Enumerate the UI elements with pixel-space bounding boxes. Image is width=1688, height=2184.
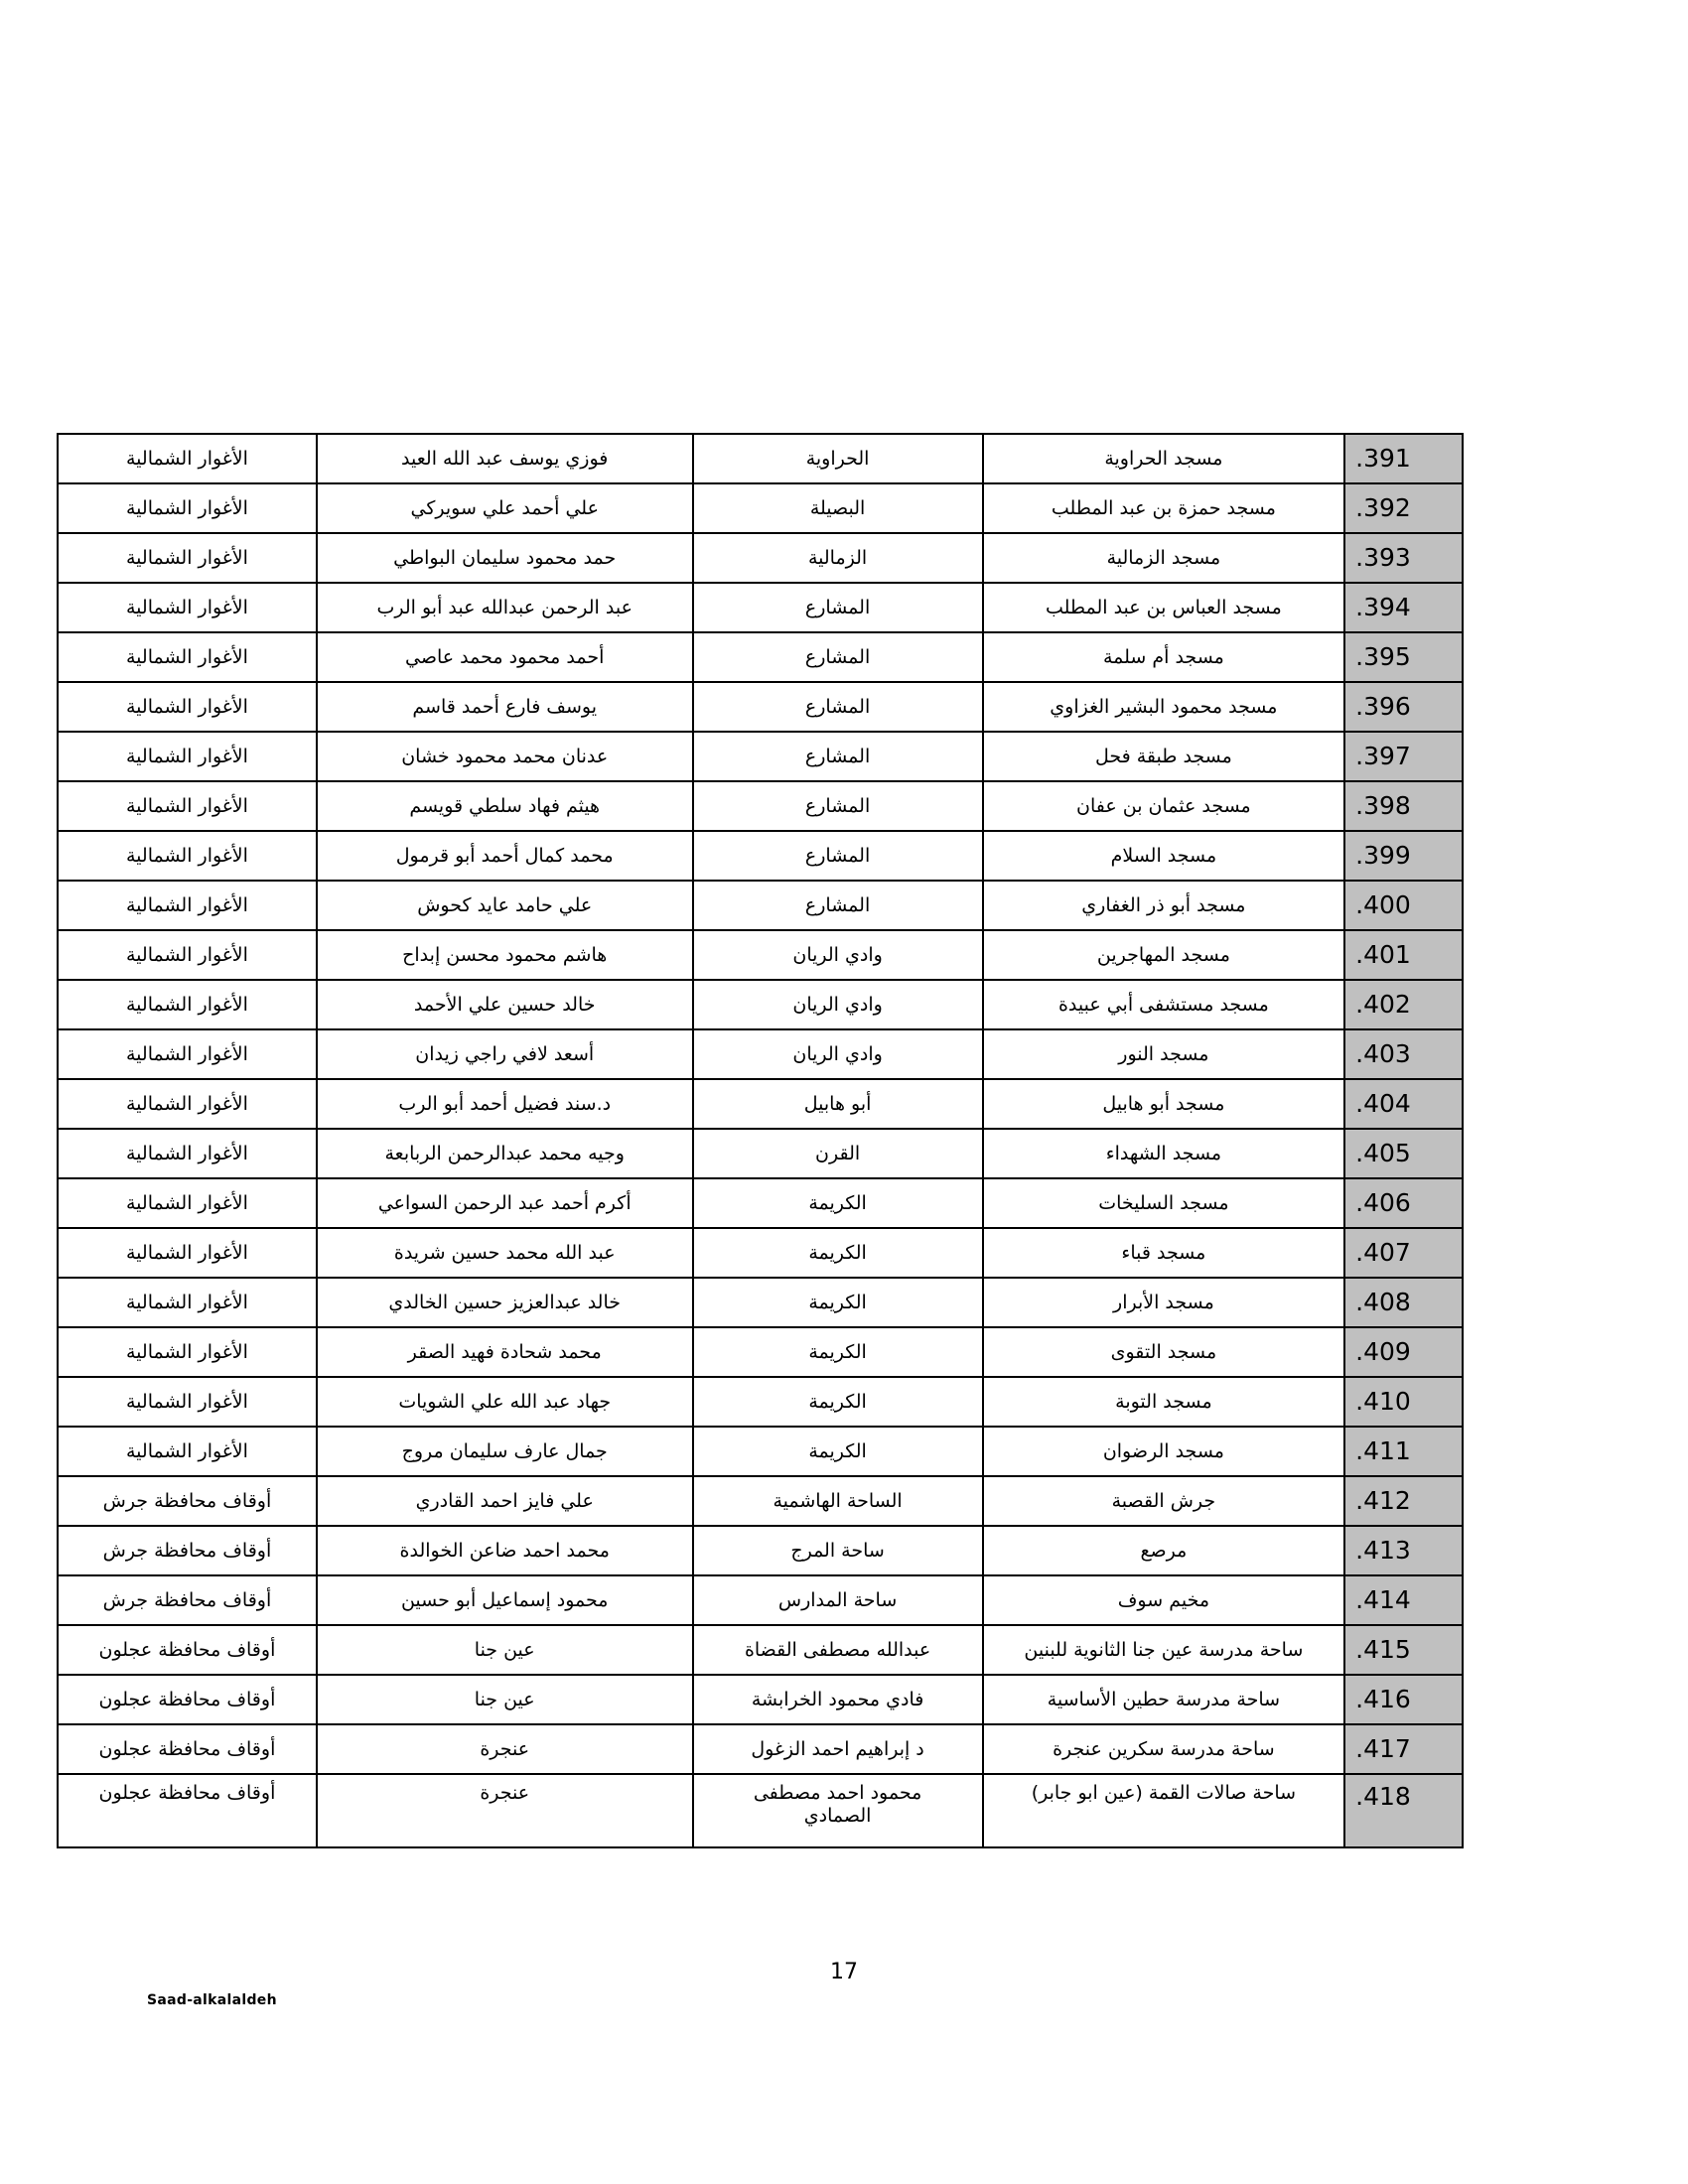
area-cell-text: الحراوية — [806, 448, 870, 470]
imam-name-cell: أحمد محمود محمد عاصي — [317, 632, 693, 682]
region-cell: الأغوار الشمالية — [58, 583, 317, 632]
imam-name-cell-text: عبد الرحمن عبدالله عبد أبو الرب — [376, 597, 632, 618]
imam-name-cell-text: عين جنا — [475, 1639, 535, 1661]
mosque-name-cell-text: مسجد الرضوان — [1103, 1440, 1224, 1462]
imam-name-cell: هيثم فهاد سلطي قويسم — [317, 781, 693, 831]
imam-name-cell-text: جمال عارف سليمان مروج — [402, 1440, 608, 1462]
area-cell: الكريمة — [693, 1327, 983, 1377]
row-number-cell-text: .391 — [1355, 444, 1411, 473]
mosque-name-cell-text: مسجد التوبة — [1115, 1391, 1212, 1413]
imam-name-cell-text: محمد كمال أحمد أبو قرمول — [396, 845, 614, 867]
region-cell-text: أوقاف محافظة عجلون — [99, 1639, 276, 1661]
region-cell: الأغوار الشمالية — [58, 1178, 317, 1228]
area-cell-text: المشارع — [805, 646, 870, 668]
table-row: .416ساحة مدرسة حطين الأساسيةفادي محمود ا… — [58, 1675, 1463, 1724]
row-number-cell-text: .407 — [1355, 1238, 1411, 1267]
area-cell-text: فادي محمود الخرابشة — [752, 1689, 924, 1710]
imam-name-cell-text: علي فايز احمد القادري — [416, 1490, 594, 1512]
mosque-name-cell-text: مسجد محمود البشير الغزاوي — [1050, 696, 1277, 718]
area-cell-text: القرن — [815, 1143, 860, 1164]
region-cell: أوقاف محافظة عجلون — [58, 1625, 317, 1675]
table-row: .407مسجد قباءالكريمةعبد الله محمد حسين ش… — [58, 1228, 1463, 1278]
table-row: .401مسجد المهاجرينوادي الريانهاشم محمود … — [58, 930, 1463, 980]
mosque-name-cell: مخيم سوف — [983, 1575, 1345, 1625]
row-number-cell-text: .404 — [1355, 1089, 1411, 1118]
row-number-cell-text: .416 — [1355, 1685, 1411, 1713]
area-cell-text: ساحة المرج — [790, 1540, 884, 1562]
imam-name-cell: أسعد لافي راجي زيدان — [317, 1029, 693, 1079]
row-number-cell: .408 — [1344, 1278, 1463, 1327]
table-row: .418ساحة صالات القمة (عين ابو جابر)محمود… — [58, 1774, 1463, 1847]
imam-name-cell-text: وجيه محمد عبدالرحمن الربابعة — [385, 1143, 625, 1164]
area-cell: ساحة المرج — [693, 1526, 983, 1575]
mosque-name-cell: مسجد مستشفى أبي عبيدة — [983, 980, 1345, 1029]
imam-name-cell-text: هاشم محمود محسن إبداح — [402, 944, 607, 966]
mosque-name-cell: مسجد عثمان بن عفان — [983, 781, 1345, 831]
mosque-name-cell-text: مسجد طبقة فحل — [1095, 746, 1232, 767]
row-number-cell: .392 — [1344, 483, 1463, 533]
mosque-name-cell: مسجد الرضوان — [983, 1427, 1345, 1476]
mosques-table: .391مسجد الحراويةالحراويةفوزي يوسف عبد ا… — [57, 433, 1464, 1848]
row-number-cell-text: .403 — [1355, 1039, 1411, 1068]
mosque-name-cell: مسجد العباس بن عبد المطلب — [983, 583, 1345, 632]
imam-name-cell-text: جهاد عبد الله علي الشويات — [398, 1391, 611, 1413]
row-number-cell-text: .405 — [1355, 1139, 1411, 1167]
area-cell: الحراوية — [693, 434, 983, 483]
mosque-name-cell: مسجد الأبرار — [983, 1278, 1345, 1327]
imam-name-cell: أكرم أحمد عبد الرحمن السواعي — [317, 1178, 693, 1228]
table-row: .392مسجد حمزة بن عبد المطلبالبصيلةعلي أح… — [58, 483, 1463, 533]
imam-name-cell: عنجرة — [317, 1774, 693, 1847]
table-row: .414مخيم سوفساحة المدارسمحمود إسماعيل أب… — [58, 1575, 1463, 1625]
row-number-cell-text: .402 — [1355, 990, 1411, 1019]
region-cell: الأغوار الشمالية — [58, 632, 317, 682]
region-cell: أوقاف محافظة عجلون — [58, 1675, 317, 1724]
mosque-name-cell-text: مسجد السلام — [1111, 845, 1217, 867]
mosque-name-cell-text: مخيم سوف — [1118, 1589, 1209, 1611]
mosque-name-cell: مسجد الشهداء — [983, 1129, 1345, 1178]
mosque-name-cell-text: مسجد حمزة بن عبد المطلب — [1052, 497, 1276, 519]
region-cell-text: أوقاف محافظة عجلون — [99, 1689, 276, 1710]
imam-name-cell-text: حمد محمود سليمان البواطي — [393, 547, 616, 569]
area-cell-text: الكريمة — [808, 1391, 867, 1413]
imam-name-cell: علي فايز احمد القادري — [317, 1476, 693, 1526]
area-cell: المشارع — [693, 831, 983, 881]
mosque-name-cell-text: مسجد التقوى — [1111, 1341, 1217, 1363]
mosque-name-cell-text: مسجد قباء — [1121, 1242, 1205, 1264]
region-cell-text: الأغوار الشمالية — [126, 1391, 248, 1413]
region-cell-text: الأغوار الشمالية — [126, 994, 248, 1016]
area-cell: وادي الريان — [693, 930, 983, 980]
area-cell-text: محمود احمد مصطفى الصمادي — [736, 1782, 939, 1828]
row-number-cell-text: .409 — [1355, 1337, 1411, 1366]
mosque-name-cell: مرصع — [983, 1526, 1345, 1575]
region-cell: الأغوار الشمالية — [58, 1327, 317, 1377]
row-number-cell-text: .396 — [1355, 692, 1411, 721]
footer-signature: Saad-alkalaldeh — [147, 1992, 277, 2008]
table-row: .399مسجد السلامالمشارعمحمد كمال أحمد أبو… — [58, 831, 1463, 881]
area-cell-text: المشارع — [805, 597, 870, 618]
imam-name-cell-text: عدنان محمد محمود خشان — [401, 746, 608, 767]
imam-name-cell-text: عبد الله محمد حسين شريدة — [394, 1242, 616, 1264]
region-cell-text: الأغوار الشمالية — [126, 795, 248, 817]
imam-name-cell-text: فوزي يوسف عبد الله العيد — [401, 448, 608, 470]
row-number-cell: .393 — [1344, 533, 1463, 583]
mosque-name-cell: مسجد طبقة فحل — [983, 732, 1345, 781]
row-number-cell: .400 — [1344, 881, 1463, 930]
row-number-cell-text: .392 — [1355, 493, 1411, 522]
mosque-name-cell: مسجد الزمالية — [983, 533, 1345, 583]
area-cell-text: الكريمة — [808, 1341, 867, 1363]
row-number-cell: .396 — [1344, 682, 1463, 732]
table-row: .402مسجد مستشفى أبي عبيدةوادي الريانخالد… — [58, 980, 1463, 1029]
area-cell-text: المشارع — [805, 845, 870, 867]
area-cell-text: وادي الريان — [792, 944, 882, 966]
mosque-name-cell: جرش القصبة — [983, 1476, 1345, 1526]
imam-name-cell: خالد حسين علي الأحمد — [317, 980, 693, 1029]
row-number-cell-text: .393 — [1355, 543, 1411, 572]
table-row: .410مسجد التوبةالكريمةجهاد عبد الله علي … — [58, 1377, 1463, 1427]
imam-name-cell-text: خالد حسين علي الأحمد — [414, 994, 596, 1016]
area-cell-text: عبدالله مصطفى القضاة — [745, 1639, 930, 1661]
row-number-cell: .401 — [1344, 930, 1463, 980]
imam-name-cell-text: عنجرة — [480, 1738, 529, 1760]
mosque-name-cell-text: مسجد الحراوية — [1104, 448, 1222, 470]
mosque-name-cell: ساحة صالات القمة (عين ابو جابر) — [983, 1774, 1345, 1847]
row-number-cell: .394 — [1344, 583, 1463, 632]
imam-name-cell: فوزي يوسف عبد الله العيد — [317, 434, 693, 483]
mosque-name-cell-text: مسجد المهاجرين — [1097, 944, 1230, 966]
region-cell: الأغوار الشمالية — [58, 881, 317, 930]
area-cell: البصيلة — [693, 483, 983, 533]
table-row: .408مسجد الأبرارالكريمةخالد عبدالعزيز حس… — [58, 1278, 1463, 1327]
table-row: .406مسجد السليخاتالكريمةأكرم أحمد عبد ال… — [58, 1178, 1463, 1228]
region-cell-text: الأغوار الشمالية — [126, 646, 248, 668]
mosque-name-cell-text: مسجد السليخات — [1098, 1192, 1228, 1214]
region-cell: الأغوار الشمالية — [58, 831, 317, 881]
mosque-name-cell: ساحة مدرسة عين جنا الثانوية للبنين — [983, 1625, 1345, 1675]
row-number-cell-text: .410 — [1355, 1387, 1411, 1416]
imam-name-cell-text: محمد احمد ضاعن الخوالدة — [400, 1540, 610, 1562]
area-cell: عبدالله مصطفى القضاة — [693, 1625, 983, 1675]
area-cell-text: وادي الريان — [792, 1043, 882, 1065]
row-number-cell-text: .399 — [1355, 841, 1411, 870]
region-cell-text: الأغوار الشمالية — [126, 597, 248, 618]
imam-name-cell: عين جنا — [317, 1675, 693, 1724]
table-row: .395مسجد أم سلمةالمشارعأحمد محمود محمد ع… — [58, 632, 1463, 682]
region-cell-text: الأغوار الشمالية — [126, 448, 248, 470]
mosque-name-cell: مسجد الحراوية — [983, 434, 1345, 483]
row-number-cell: .416 — [1344, 1675, 1463, 1724]
area-cell-text: البصيلة — [810, 497, 866, 519]
row-number-cell: .391 — [1344, 434, 1463, 483]
area-cell-text: د إبراهيم احمد الزغول — [751, 1738, 923, 1760]
area-cell: وادي الريان — [693, 1029, 983, 1079]
region-cell: الأغوار الشمالية — [58, 1427, 317, 1476]
imam-name-cell: عنجرة — [317, 1724, 693, 1774]
area-cell: الكريمة — [693, 1427, 983, 1476]
area-cell: محمود احمد مصطفى الصمادي — [693, 1774, 983, 1847]
region-cell-text: الأغوار الشمالية — [126, 845, 248, 867]
mosque-name-cell: مسجد المهاجرين — [983, 930, 1345, 980]
imam-name-cell-text: خالد عبدالعزيز حسين الخالدي — [388, 1292, 621, 1313]
area-cell: أبو هابيل — [693, 1079, 983, 1129]
mosque-name-cell: مسجد أبو ذر الغفاري — [983, 881, 1345, 930]
row-number-cell: .399 — [1344, 831, 1463, 881]
area-cell: الساحة الهاشمية — [693, 1476, 983, 1526]
table-row: .417ساحة مدرسة سكرين عنجرةد إبراهيم احمد… — [58, 1724, 1463, 1774]
mosque-name-cell: مسجد النور — [983, 1029, 1345, 1079]
mosque-name-cell: مسجد محمود البشير الغزاوي — [983, 682, 1345, 732]
region-cell: أوقاف محافظة جرش — [58, 1476, 317, 1526]
region-cell-text: أوقاف محافظة جرش — [103, 1589, 272, 1611]
row-number-cell-text: .415 — [1355, 1635, 1411, 1664]
region-cell-text: الأغوار الشمالية — [126, 1440, 248, 1462]
row-number-cell: .398 — [1344, 781, 1463, 831]
region-cell: الأغوار الشمالية — [58, 980, 317, 1029]
area-cell-text: المشارع — [805, 894, 870, 916]
table-row: .398مسجد عثمان بن عفانالمشارعهيثم فهاد س… — [58, 781, 1463, 831]
region-cell-text: الأغوار الشمالية — [126, 944, 248, 966]
table-row: .391مسجد الحراويةالحراويةفوزي يوسف عبد ا… — [58, 434, 1463, 483]
mosque-name-cell-text: ساحة مدرسة سكرين عنجرة — [1053, 1738, 1275, 1760]
imam-name-cell-text: محمد شحادة فهيد الصقر — [408, 1341, 602, 1363]
area-cell: المشارع — [693, 632, 983, 682]
region-cell: الأغوار الشمالية — [58, 1377, 317, 1427]
area-cell-text: الساحة الهاشمية — [773, 1490, 902, 1512]
table-row: .405مسجد الشهداءالقرنوجيه محمد عبدالرحمن… — [58, 1129, 1463, 1178]
imam-name-cell: خالد عبدالعزيز حسين الخالدي — [317, 1278, 693, 1327]
row-number-cell-text: .417 — [1355, 1734, 1411, 1763]
row-number-cell: .411 — [1344, 1427, 1463, 1476]
mosque-name-cell: مسجد التقوى — [983, 1327, 1345, 1377]
area-cell-text: المشارع — [805, 696, 870, 718]
area-cell: الكريمة — [693, 1377, 983, 1427]
area-cell-text: الكريمة — [808, 1192, 867, 1214]
region-cell: أوقاف محافظة عجلون — [58, 1724, 317, 1774]
region-cell-text: الأغوار الشمالية — [126, 1093, 248, 1115]
area-cell: الزمالية — [693, 533, 983, 583]
mosque-name-cell: مسجد قباء — [983, 1228, 1345, 1278]
area-cell-text: المشارع — [805, 746, 870, 767]
mosque-name-cell: ساحة مدرسة حطين الأساسية — [983, 1675, 1345, 1724]
area-cell: الكريمة — [693, 1278, 983, 1327]
area-cell-text: الكريمة — [808, 1440, 867, 1462]
imam-name-cell: يوسف فارع أحمد قاسم — [317, 682, 693, 732]
region-cell-text: الأغوار الشمالية — [126, 746, 248, 767]
row-number-cell-text: .401 — [1355, 940, 1411, 969]
imam-name-cell: محمد كمال أحمد أبو قرمول — [317, 831, 693, 881]
row-number-cell: .409 — [1344, 1327, 1463, 1377]
row-number-cell-text: .412 — [1355, 1486, 1411, 1515]
mosque-name-cell-text: جرش القصبة — [1112, 1490, 1216, 1512]
page-number: 17 — [0, 1960, 1688, 1984]
region-cell: أوقاف محافظة عجلون — [58, 1774, 317, 1847]
row-number-cell: .407 — [1344, 1228, 1463, 1278]
table-row: .404مسجد أبو هابيلأبو هابيلد.سند فضيل أح… — [58, 1079, 1463, 1129]
region-cell: الأغوار الشمالية — [58, 533, 317, 583]
row-number-cell: .404 — [1344, 1079, 1463, 1129]
row-number-cell: .403 — [1344, 1029, 1463, 1079]
region-cell: الأغوار الشمالية — [58, 682, 317, 732]
table-row: .394مسجد العباس بن عبد المطلبالمشارععبد … — [58, 583, 1463, 632]
imam-name-cell: جمال عارف سليمان مروج — [317, 1427, 693, 1476]
area-cell: المشارع — [693, 881, 983, 930]
area-cell: فادي محمود الخرابشة — [693, 1675, 983, 1724]
region-cell: الأغوار الشمالية — [58, 434, 317, 483]
imam-name-cell-text: محمود إسماعيل أبو حسين — [401, 1589, 609, 1611]
region-cell-text: الأغوار الشمالية — [126, 696, 248, 718]
imam-name-cell: محمود إسماعيل أبو حسين — [317, 1575, 693, 1625]
area-cell-text: الكريمة — [808, 1242, 867, 1264]
row-number-cell-text: .394 — [1355, 593, 1411, 621]
imam-name-cell: د.سند فضيل أحمد أبو الرب — [317, 1079, 693, 1129]
region-cell-text: أوقاف محافظة عجلون — [99, 1782, 276, 1804]
imam-name-cell: عبد الرحمن عبدالله عبد أبو الرب — [317, 583, 693, 632]
area-cell: المشارع — [693, 682, 983, 732]
imam-name-cell: جهاد عبد الله علي الشويات — [317, 1377, 693, 1427]
imam-name-cell-text: عين جنا — [475, 1689, 535, 1710]
table-row: .413مرصعساحة المرجمحمد احمد ضاعن الخوالد… — [58, 1526, 1463, 1575]
imam-name-cell-text: أحمد محمود محمد عاصي — [405, 646, 604, 668]
row-number-cell-text: .400 — [1355, 890, 1411, 919]
region-cell: الأغوار الشمالية — [58, 1228, 317, 1278]
imam-name-cell: عين جنا — [317, 1625, 693, 1675]
row-number-cell-text: .414 — [1355, 1585, 1411, 1614]
table-row: .393مسجد الزماليةالزماليةحمد محمود سليما… — [58, 533, 1463, 583]
row-number-cell: .405 — [1344, 1129, 1463, 1178]
document-page: .391مسجد الحراويةالحراويةفوزي يوسف عبد ا… — [0, 0, 1688, 2184]
region-cell-text: أوقاف محافظة جرش — [103, 1540, 272, 1562]
imam-name-cell: علي حامد عايد كحوش — [317, 881, 693, 930]
row-number-cell: .412 — [1344, 1476, 1463, 1526]
mosque-name-cell-text: ساحة مدرسة حطين الأساسية — [1048, 1689, 1280, 1710]
region-cell: الأغوار الشمالية — [58, 483, 317, 533]
area-cell-text: المشارع — [805, 795, 870, 817]
mosque-name-cell-text: مسجد الزمالية — [1107, 547, 1221, 569]
table-row: .403مسجد النوروادي الريانأسعد لافي راجي … — [58, 1029, 1463, 1079]
imam-name-cell: حمد محمود سليمان البواطي — [317, 533, 693, 583]
imam-name-cell-text: علي حامد عايد كحوش — [417, 894, 592, 916]
mosque-name-cell-text: مسجد أبو هابيل — [1102, 1093, 1224, 1115]
region-cell-text: أوقاف محافظة جرش — [103, 1490, 272, 1512]
area-cell: المشارع — [693, 732, 983, 781]
mosque-name-cell-text: مسجد العباس بن عبد المطلب — [1046, 597, 1282, 618]
mosque-name-cell-text: ساحة صالات القمة (عين ابو جابر) — [1032, 1782, 1296, 1804]
mosque-name-cell-text: مسجد الأبرار — [1113, 1292, 1214, 1313]
region-cell: الأغوار الشمالية — [58, 930, 317, 980]
region-cell-text: الأغوار الشمالية — [126, 1043, 248, 1065]
imam-name-cell-text: يوسف فارع أحمد قاسم — [412, 696, 597, 718]
region-cell-text: الأغوار الشمالية — [126, 1143, 248, 1164]
region-cell: الأغوار الشمالية — [58, 1079, 317, 1129]
row-number-cell-text: .413 — [1355, 1536, 1411, 1565]
region-cell: الأغوار الشمالية — [58, 1278, 317, 1327]
region-cell-text: أوقاف محافظة عجلون — [99, 1738, 276, 1760]
imam-name-cell: عبد الله محمد حسين شريدة — [317, 1228, 693, 1278]
mosque-name-cell-text: ساحة مدرسة عين جنا الثانوية للبنين — [1024, 1639, 1303, 1661]
mosques-table-body: .391مسجد الحراويةالحراويةفوزي يوسف عبد ا… — [58, 434, 1463, 1847]
row-number-cell-text: .408 — [1355, 1288, 1411, 1316]
mosque-name-cell-text: مسجد النور — [1118, 1043, 1208, 1065]
area-cell-text: ساحة المدارس — [778, 1589, 897, 1611]
mosque-name-cell: مسجد السلام — [983, 831, 1345, 881]
imam-name-cell-text: أكرم أحمد عبد الرحمن السواعي — [378, 1192, 632, 1214]
area-cell: الكريمة — [693, 1228, 983, 1278]
region-cell-text: الأغوار الشمالية — [126, 547, 248, 569]
table-row: .400مسجد أبو ذر الغفاريالمشارععلي حامد ع… — [58, 881, 1463, 930]
mosque-name-cell-text: مسجد مستشفى أبي عبيدة — [1058, 994, 1269, 1016]
row-number-cell-text: .418 — [1355, 1782, 1411, 1811]
area-cell-text: الكريمة — [808, 1292, 867, 1313]
imam-name-cell-text: علي أحمد علي سويركي — [411, 497, 599, 519]
row-number-cell: .410 — [1344, 1377, 1463, 1427]
region-cell-text: الأغوار الشمالية — [126, 1192, 248, 1214]
table-row: .412جرش القصبةالساحة الهاشميةعلي فايز اح… — [58, 1476, 1463, 1526]
mosque-name-cell-text: مسجد أم سلمة — [1103, 646, 1224, 668]
mosque-name-cell: مسجد حمزة بن عبد المطلب — [983, 483, 1345, 533]
region-cell-text: الأغوار الشمالية — [126, 497, 248, 519]
mosque-name-cell-text: مسجد أبو ذر الغفاري — [1081, 894, 1245, 916]
mosque-name-cell: مسجد السليخات — [983, 1178, 1345, 1228]
region-cell-text: الأغوار الشمالية — [126, 1341, 248, 1363]
row-number-cell: .395 — [1344, 632, 1463, 682]
mosque-name-cell: ساحة مدرسة سكرين عنجرة — [983, 1724, 1345, 1774]
area-cell-text: وادي الريان — [792, 994, 882, 1016]
row-number-cell: .406 — [1344, 1178, 1463, 1228]
row-number-cell: .414 — [1344, 1575, 1463, 1625]
area-cell: المشارع — [693, 781, 983, 831]
row-number-cell: .413 — [1344, 1526, 1463, 1575]
region-cell: الأغوار الشمالية — [58, 1129, 317, 1178]
area-cell: القرن — [693, 1129, 983, 1178]
imam-name-cell: علي أحمد علي سويركي — [317, 483, 693, 533]
mosque-name-cell-text: مرصع — [1140, 1540, 1187, 1562]
table-row: .396مسجد محمود البشير الغزاويالمشارعيوسف… — [58, 682, 1463, 732]
imam-name-cell-text: أسعد لافي راجي زيدان — [415, 1043, 594, 1065]
row-number-cell-text: .398 — [1355, 791, 1411, 820]
region-cell: الأغوار الشمالية — [58, 1029, 317, 1079]
area-cell: وادي الريان — [693, 980, 983, 1029]
area-cell: المشارع — [693, 583, 983, 632]
row-number-cell-text: .406 — [1355, 1188, 1411, 1217]
mosque-name-cell: مسجد أبو هابيل — [983, 1079, 1345, 1129]
row-number-cell: .417 — [1344, 1724, 1463, 1774]
row-number-cell: .415 — [1344, 1625, 1463, 1675]
region-cell: الأغوار الشمالية — [58, 781, 317, 831]
area-cell-text: أبو هابيل — [804, 1093, 872, 1115]
imam-name-cell-text: عنجرة — [480, 1782, 529, 1804]
imam-name-cell: محمد احمد ضاعن الخوالدة — [317, 1526, 693, 1575]
row-number-cell-text: .411 — [1355, 1436, 1411, 1465]
mosque-name-cell-text: مسجد عثمان بن عفان — [1076, 795, 1251, 817]
area-cell: الكريمة — [693, 1178, 983, 1228]
imam-name-cell-text: هيثم فهاد سلطي قويسم — [409, 795, 600, 817]
region-cell-text: الأغوار الشمالية — [126, 1292, 248, 1313]
row-number-cell: .418 — [1344, 1774, 1463, 1847]
region-cell: أوقاف محافظة جرش — [58, 1526, 317, 1575]
table-row: .409مسجد التقوىالكريمةمحمد شحادة فهيد ال… — [58, 1327, 1463, 1377]
region-cell-text: الأغوار الشمالية — [126, 1242, 248, 1264]
mosque-name-cell: مسجد التوبة — [983, 1377, 1345, 1427]
region-cell: أوقاف محافظة جرش — [58, 1575, 317, 1625]
imam-name-cell: هاشم محمود محسن إبداح — [317, 930, 693, 980]
area-cell: د إبراهيم احمد الزغول — [693, 1724, 983, 1774]
row-number-cell: .397 — [1344, 732, 1463, 781]
mosque-name-cell-text: مسجد الشهداء — [1106, 1143, 1221, 1164]
row-number-cell: .402 — [1344, 980, 1463, 1029]
mosque-name-cell: مسجد أم سلمة — [983, 632, 1345, 682]
